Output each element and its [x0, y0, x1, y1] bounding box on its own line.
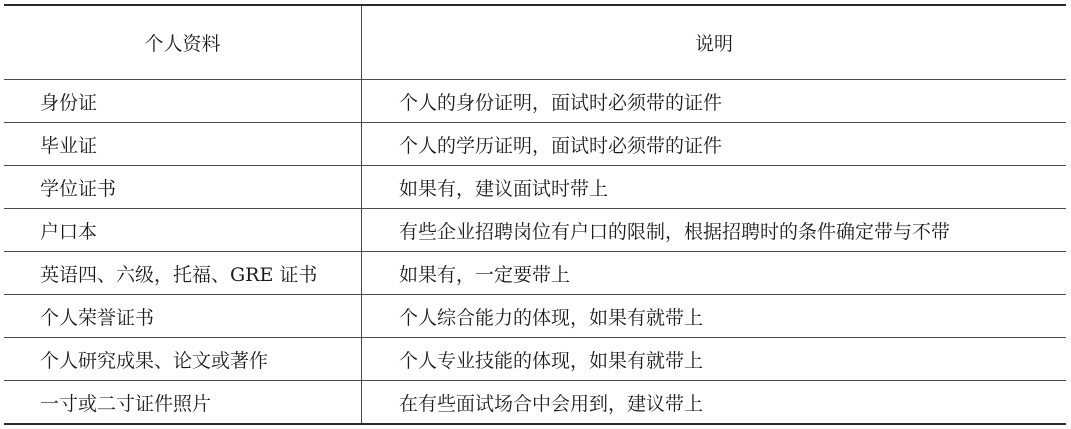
table-row: 学位证书 如果有，建议面试时带上 — [4, 166, 1066, 209]
document-name: 一寸或二寸证件照片 — [4, 381, 362, 425]
table-row: 户口本 有些企业招聘岗位有户口的限制，根据招聘时的条件确定带与不带 — [4, 209, 1066, 252]
document-description: 如果有，一定要带上 — [362, 252, 1067, 295]
document-description: 个人综合能力的体现，如果有就带上 — [362, 295, 1067, 338]
document-name: 身份证 — [4, 80, 362, 123]
document-description: 个人的身份证明，面试时必须带的证件 — [362, 80, 1067, 123]
document-name: 个人荣誉证书 — [4, 295, 362, 338]
document-name: 毕业证 — [4, 123, 362, 166]
table-row: 英语四、六级，托福、GRE 证书 如果有，一定要带上 — [4, 252, 1066, 295]
document-description: 在有些面试场合中会用到，建议带上 — [362, 381, 1067, 425]
table-row: 一寸或二寸证件照片 在有些面试场合中会用到，建议带上 — [4, 381, 1066, 425]
document-description: 如果有，建议面试时带上 — [362, 166, 1067, 209]
document-name: 户口本 — [4, 209, 362, 252]
table-header-row: 个人资料 说明 — [4, 5, 1066, 80]
documents-table: 个人资料 说明 身份证 个人的身份证明，面试时必须带的证件 毕业证 个人的学历证… — [4, 4, 1066, 425]
document-name: 个人研究成果、论文或著作 — [4, 338, 362, 381]
header-personal-documents: 个人资料 — [4, 5, 362, 80]
table-row: 个人荣誉证书 个人综合能力的体现，如果有就带上 — [4, 295, 1066, 338]
document-description: 有些企业招聘岗位有户口的限制，根据招聘时的条件确定带与不带 — [362, 209, 1067, 252]
header-description: 说明 — [362, 5, 1067, 80]
table-row: 个人研究成果、论文或著作 个人专业技能的体现，如果有就带上 — [4, 338, 1066, 381]
document-name: 英语四、六级，托福、GRE 证书 — [4, 252, 362, 295]
document-name: 学位证书 — [4, 166, 362, 209]
document-description: 个人的学历证明，面试时必须带的证件 — [362, 123, 1067, 166]
document-description: 个人专业技能的体现，如果有就带上 — [362, 338, 1067, 381]
table-row: 毕业证 个人的学历证明，面试时必须带的证件 — [4, 123, 1066, 166]
table-row: 身份证 个人的身份证明，面试时必须带的证件 — [4, 80, 1066, 123]
